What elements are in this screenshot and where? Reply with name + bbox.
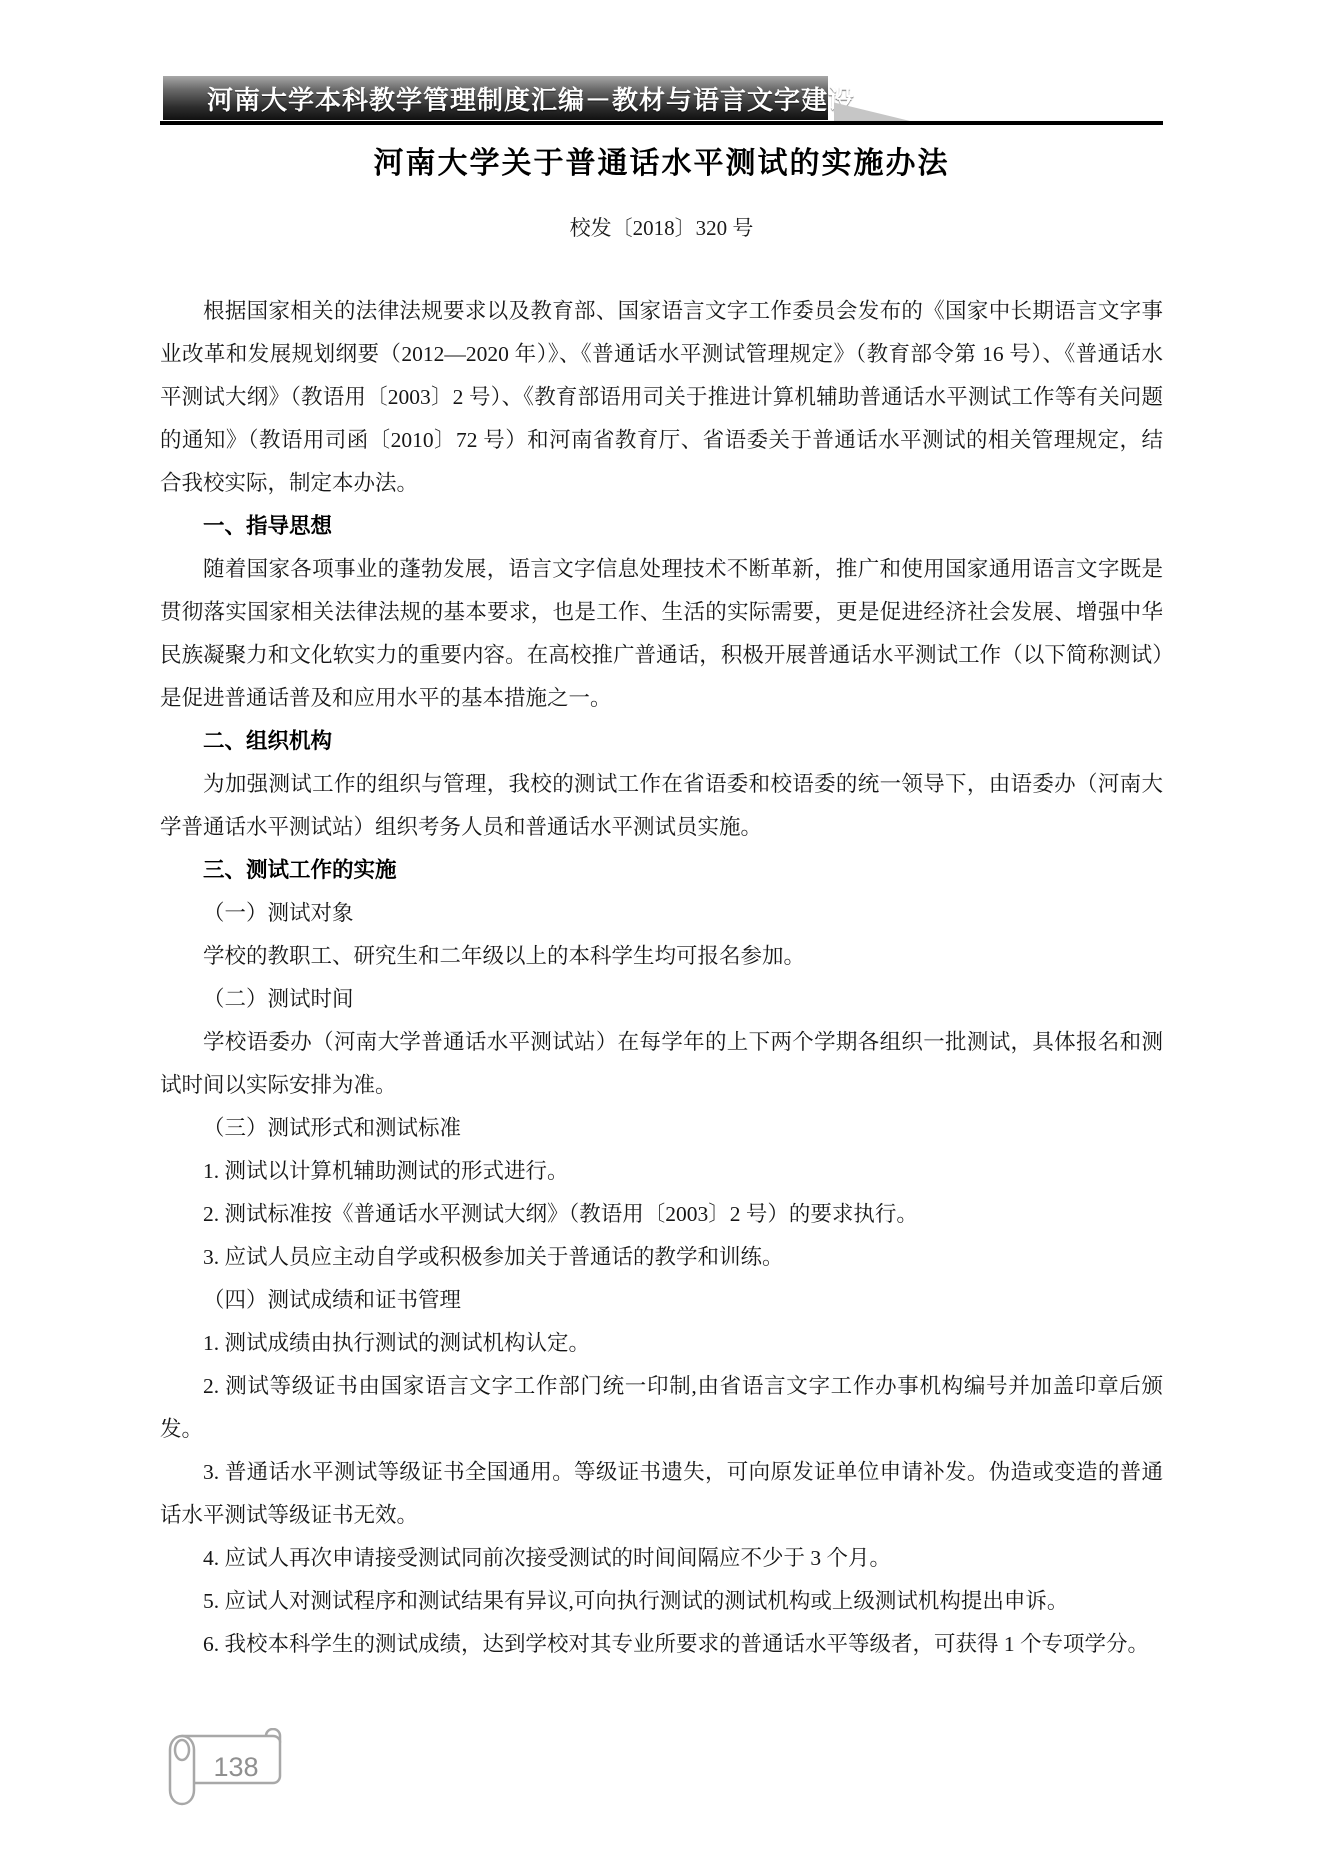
document-body: 根据国家相关的法律法规要求以及教育部、国家语言文字工作委员会发布的《国家中长期语…	[160, 290, 1163, 1666]
section-heading: 三、测试工作的实施	[160, 849, 1163, 892]
paragraph: 根据国家相关的法律法规要求以及教育部、国家语言文字工作委员会发布的《国家中长期语…	[160, 290, 1163, 505]
page-title: 河南大学关于普通话水平测试的实施办法	[160, 138, 1163, 182]
section-heading: 一、指导思想	[160, 505, 1163, 548]
list-item: 2. 测试标准按《普通话水平测试大纲》（教语用〔2003〕2 号）的要求执行。	[160, 1193, 1163, 1236]
list-item: 3. 应试人员应主动自学或积极参加关于普通话的教学和训练。	[160, 1236, 1163, 1279]
page-footer: 138	[162, 1728, 294, 1812]
paragraph: 为加强测试工作的组织与管理，我校的测试工作在省语委和校语委的统一领导下，由语委办…	[160, 763, 1163, 849]
sub-heading: （二）测试时间	[160, 978, 1163, 1021]
document-number: 校发〔2018〕320 号	[160, 212, 1163, 242]
paragraph: 学校的教职工、研究生和二年级以上的本科学生均可报名参加。	[160, 935, 1163, 978]
list-item: 5. 应试人对测试程序和测试结果有异议,可向执行测试的测试机构或上级测试机构提出…	[160, 1580, 1163, 1623]
sub-heading: （一）测试对象	[160, 892, 1163, 935]
sub-heading: （三）测试形式和测试标准	[160, 1107, 1163, 1150]
sub-heading: （四）测试成绩和证书管理	[160, 1279, 1163, 1322]
list-item: 2. 测试等级证书由国家语言文字工作部门统一印制,由省语言文字工作办事机构编号并…	[160, 1365, 1163, 1451]
list-item: 3. 普通话水平测试等级证书全国通用。等级证书遗失，可向原发证单位申请补发。伪造…	[160, 1451, 1163, 1537]
header-banner-text: 河南大学本科教学管理制度汇编－教材与语言文字建设	[207, 80, 855, 117]
section-heading: 二、组织机构	[160, 720, 1163, 763]
list-item: 1. 测试成绩由执行测试的测试机构认定。	[160, 1322, 1163, 1365]
page-number: 138	[213, 1752, 258, 1782]
header-divider-rule	[160, 121, 1163, 125]
document-page: 河南大学本科教学管理制度汇编－教材与语言文字建设 河南大学关于普通话水平测试的实…	[0, 0, 1323, 1871]
header-banner: 河南大学本科教学管理制度汇编－教材与语言文字建设	[163, 76, 828, 120]
scroll-banner-icon: 138	[162, 1728, 294, 1812]
list-item: 4. 应试人再次申请接受测试同前次接受测试的时间间隔应不少于 3 个月。	[160, 1537, 1163, 1580]
list-item: 1. 测试以计算机辅助测试的形式进行。	[160, 1150, 1163, 1193]
list-item: 6. 我校本科学生的测试成绩，达到学校对其专业所要求的普通话水平等级者，可获得 …	[160, 1623, 1163, 1666]
paragraph: 学校语委办（河南大学普通话水平测试站）在每学年的上下两个学期各组织一批测试，具体…	[160, 1021, 1163, 1107]
paragraph: 随着国家各项事业的蓬勃发展，语言文字信息处理技术不断革新，推广和使用国家通用语言…	[160, 548, 1163, 720]
